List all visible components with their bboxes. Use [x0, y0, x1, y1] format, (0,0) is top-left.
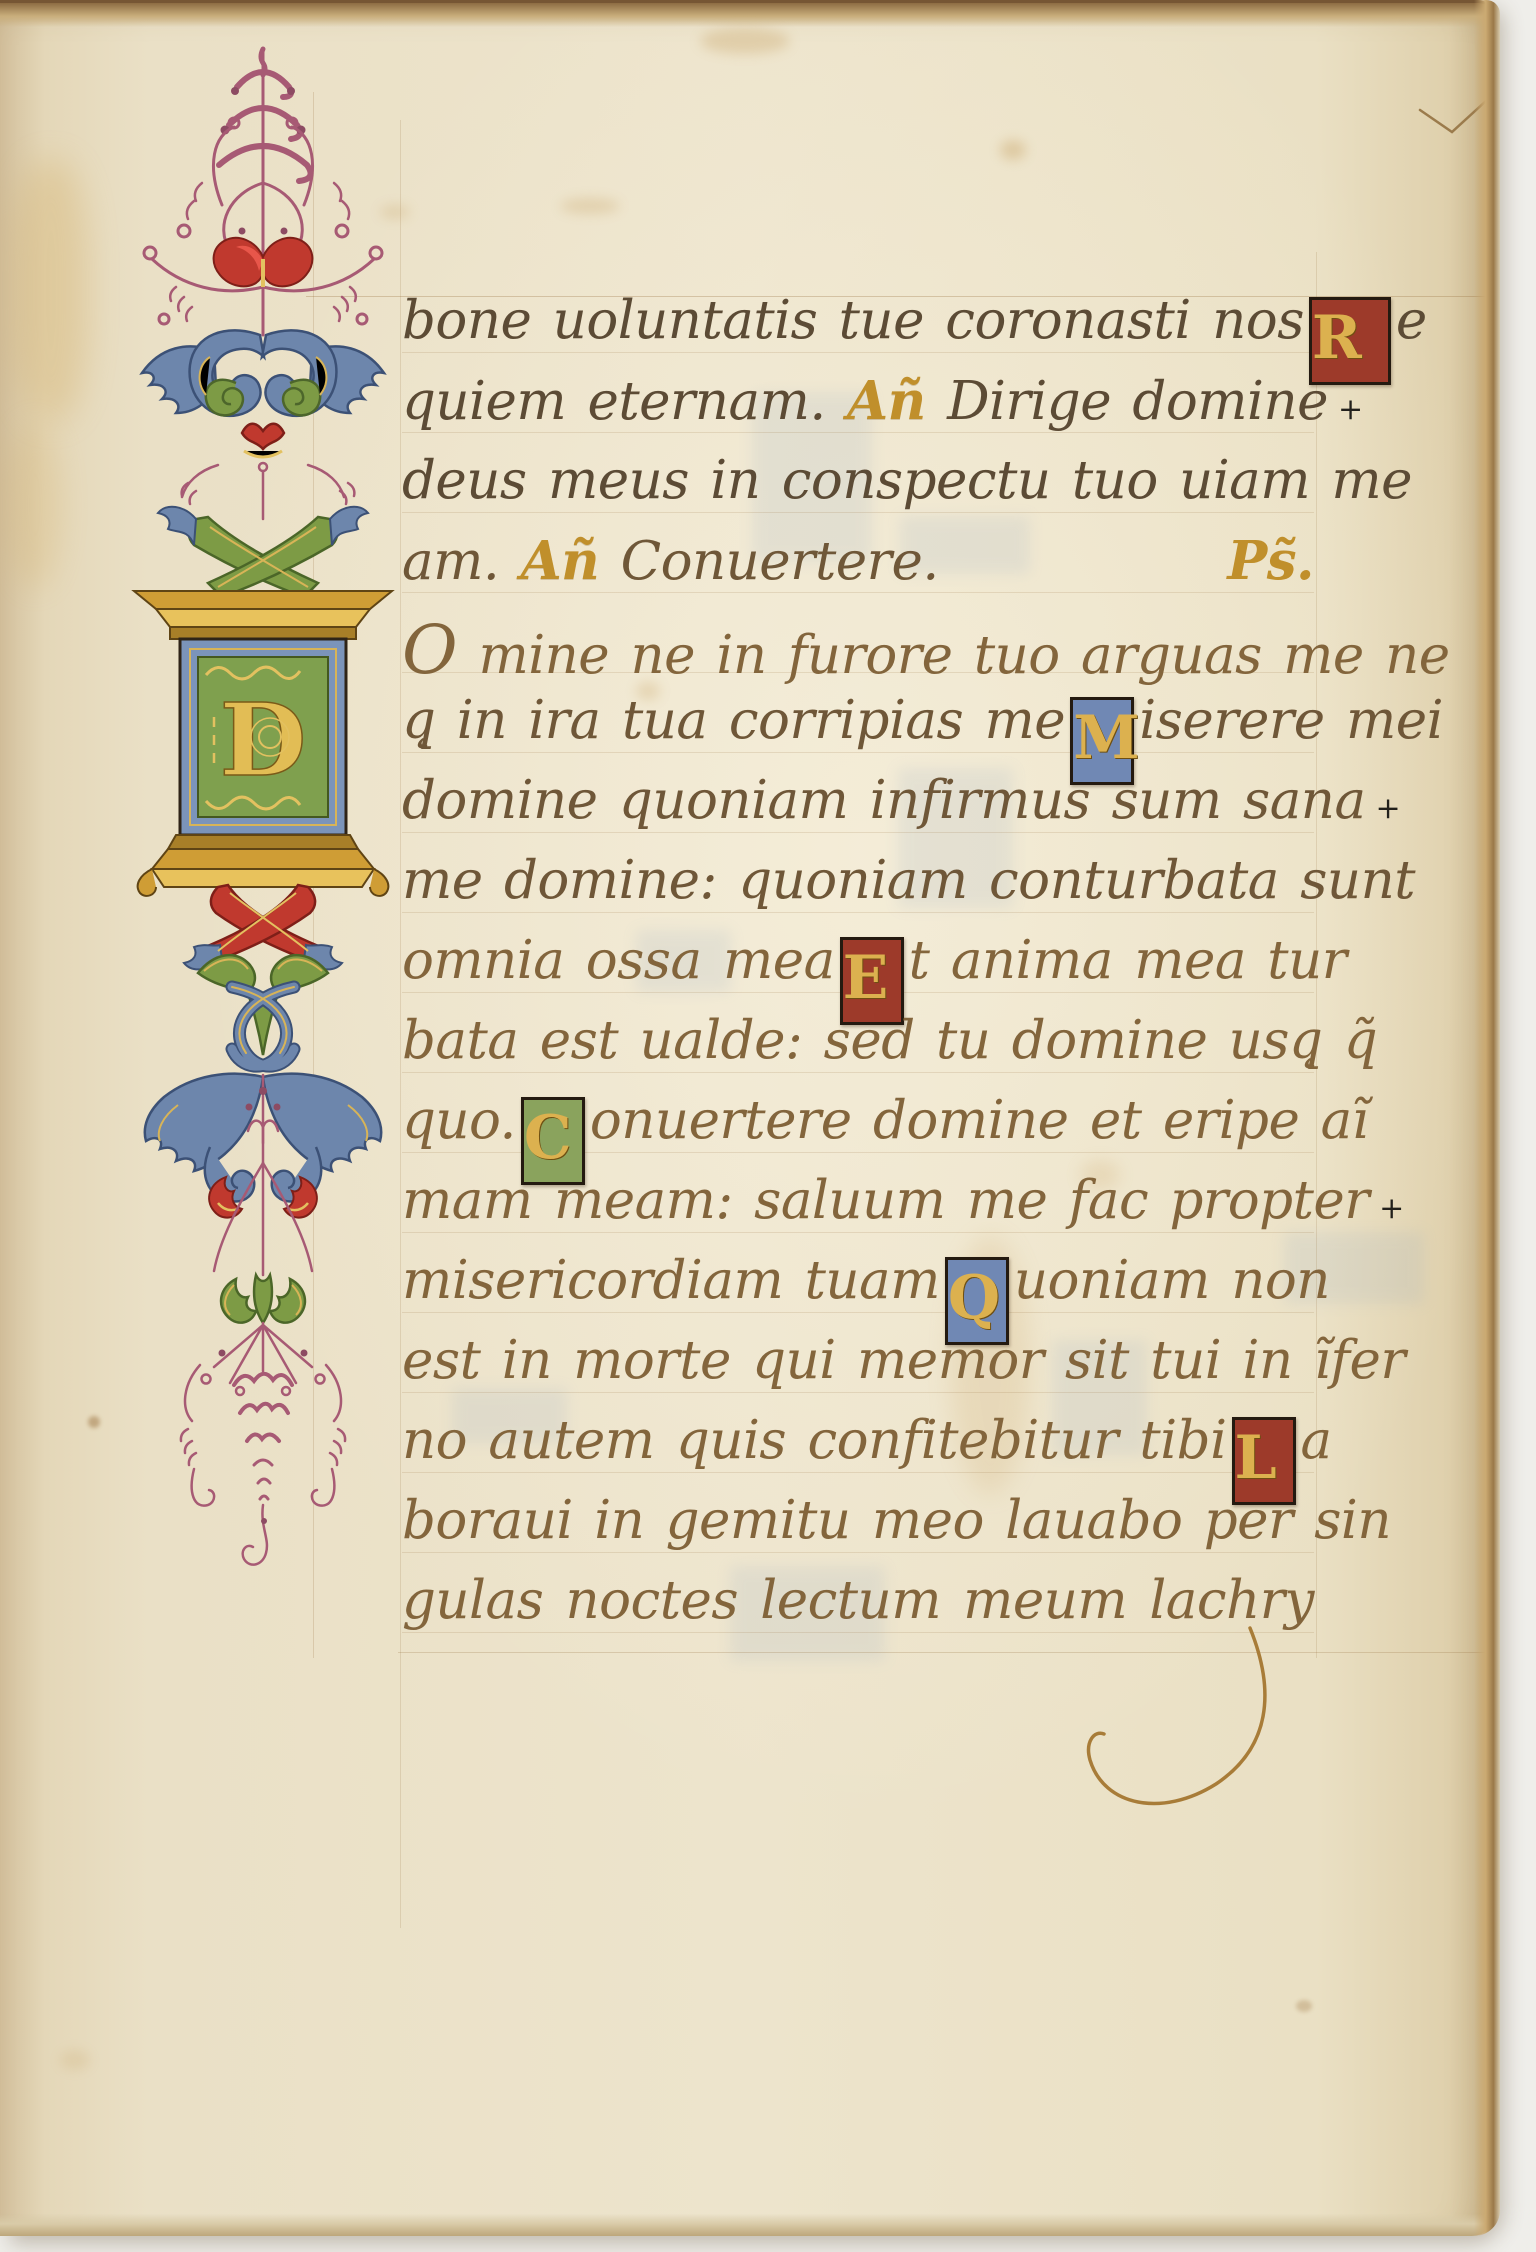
- stain: [1000, 140, 1026, 160]
- script-text: onuertere domine et eripe aĩ: [590, 1090, 1368, 1151]
- script-text: omnia ossa mea: [402, 930, 835, 991]
- line-text: gulas noctes lectum meum lachry: [402, 1570, 1314, 1631]
- line-text: am. Añ Conuertere.: [402, 530, 939, 592]
- line-text: quiem eternam. Añ Dirige domine: [402, 370, 1328, 432]
- manuscript-line: no autem quis confitebitur tibiLa: [402, 1410, 1314, 1490]
- line-filler-mark: +: [1369, 1191, 1404, 1226]
- manuscript-line: me domine: quoniam conturbata sunt: [402, 850, 1314, 930]
- page-bottom-edge: [0, 2214, 1494, 2236]
- green-cross-leaves: [158, 507, 368, 597]
- stain: [14, 160, 88, 420]
- script-text: me domine: quoniam conturbata sunt: [402, 850, 1415, 911]
- script-text: q̨ in ira tua corripias me: [402, 690, 1065, 751]
- manuscript-photo: { "page": { "description_label": "illumi…: [0, 0, 1536, 2252]
- script-text: quo.: [402, 1090, 516, 1151]
- script-text: domine quoniam infirmus sum sana: [402, 770, 1366, 831]
- manuscript-line: quiem eternam. Añ Dirige domine+: [402, 370, 1314, 450]
- line-text: boraui in gemitu meo lauabo per sin: [402, 1490, 1391, 1551]
- stain: [88, 1416, 100, 1428]
- manuscript-line: misericordiam tuamQuoniam non: [402, 1250, 1314, 1330]
- manuscript-line: bone uoluntatis tue coronasti nosRe: [402, 290, 1314, 370]
- line-flourish: [1089, 1628, 1265, 1804]
- script-text: quiem eternam.: [402, 371, 826, 432]
- gold-cornice-top: [134, 591, 392, 639]
- manuscript-line: gulas noctes lectum meum lachry: [402, 1570, 1314, 1650]
- manuscript-line: deus meus in conspectu tuo uiam me: [402, 450, 1314, 530]
- penwork-mid: [182, 463, 355, 519]
- script-text: bata est ualde: sed tu domine usq̨ q̃: [402, 1010, 1377, 1071]
- script-text: est in morte qui memor sit tui in ĩfer: [402, 1330, 1405, 1391]
- line-text: mam meam: saluum me fac propter: [402, 1170, 1369, 1231]
- line-text: domine quoniam infirmus sum sana: [402, 770, 1366, 831]
- line-text: bata est ualde: sed tu domine usq̨ q̃: [402, 1010, 1377, 1071]
- script-text: uoniam non: [1014, 1250, 1330, 1311]
- manuscript-line: bata est ualde: sed tu domine usq̨ q̃: [402, 1010, 1314, 1090]
- line-text: me domine: quoniam conturbata sunt: [402, 850, 1415, 911]
- script-text: iserere mei: [1139, 690, 1443, 751]
- red-cross-leaves: [184, 885, 342, 969]
- manuscript-line: est in morte qui memor sit tui in ĩfer: [402, 1330, 1314, 1410]
- script-text: am.: [402, 531, 499, 592]
- blue-acanthus-heart: [142, 330, 384, 457]
- ruling-line: [398, 1652, 1492, 1653]
- stain: [560, 198, 620, 214]
- page-top-edge: [0, 0, 1494, 27]
- script-text: mine ne in furore tuo arguas me ne: [478, 625, 1449, 686]
- manuscript-line: domine quoniam infirmus sum sana+: [402, 770, 1314, 850]
- script-text: bone uoluntatis tue coronasti nos: [402, 290, 1304, 351]
- manuscript-line: quo.Conuertere domine et eripe aĩ: [402, 1090, 1314, 1170]
- parchment-leaf: D: [0, 0, 1494, 2236]
- psalm-rubric: Ps̃.: [1207, 530, 1314, 592]
- line-filler-mark: +: [1366, 791, 1401, 826]
- script-text: Dirige domine: [947, 371, 1328, 432]
- manuscript-line: O mine ne in furore tuo arguas me ne: [402, 610, 1314, 690]
- line-text: est in morte qui memor sit tui in ĩfer: [402, 1330, 1405, 1391]
- line-filler-mark: +: [1328, 392, 1363, 427]
- script-text: Conuertere.: [621, 531, 939, 592]
- stain: [8, 420, 62, 590]
- script-text: boraui in gemitu meo lauabo per sin: [402, 1490, 1391, 1551]
- manuscript-line: mam meam: saluum me fac propter+: [402, 1170, 1314, 1250]
- script-text: a: [1301, 1410, 1332, 1471]
- rubric-gold: Añ: [847, 370, 926, 432]
- penwork-pendant: [181, 1323, 345, 1565]
- manuscript-line: boraui in gemitu meo lauabo per sin: [402, 1490, 1314, 1570]
- drop-cap-letter: D: [220, 681, 307, 799]
- manuscript-line: am. Añ Conuertere.Ps̃.: [402, 530, 1314, 610]
- script-text: deus meus in conspectu tuo uiam me: [402, 450, 1412, 511]
- gold-cornice-base: [138, 835, 389, 896]
- penwork-finial: [144, 49, 382, 335]
- versal-cap: O: [402, 610, 457, 689]
- script-text: mam meam: saluum me fac propter: [402, 1170, 1369, 1231]
- script-text: gulas noctes lectum meum lachry: [402, 1570, 1314, 1631]
- stain: [700, 28, 790, 54]
- manuscript-line: omnia ossa meaEt anima mea tur: [402, 930, 1314, 1010]
- manuscript-line: q̨ in ira tua corripias meMiserere mei: [402, 690, 1314, 770]
- script-text: e: [1396, 290, 1427, 351]
- script-text: no autem quis confitebitur tibi: [402, 1410, 1227, 1471]
- line-text: O mine ne in furore tuo arguas me ne: [402, 610, 1450, 689]
- drop-cap-panel: D: [180, 639, 346, 835]
- illuminated-border: D: [118, 35, 418, 1570]
- rubric-gold: Añ: [521, 530, 600, 592]
- text-block: bone uoluntatis tue coronasti nosRequiem…: [402, 290, 1314, 1650]
- green-trefoil: [221, 1275, 305, 1323]
- script-text: t anima mea tur: [909, 930, 1347, 991]
- script-text: misericordiam tuam: [402, 1250, 940, 1311]
- line-text: deus meus in conspectu tuo uiam me: [402, 450, 1412, 511]
- page-right-edge: [1474, 0, 1500, 2236]
- stain: [60, 2050, 90, 2070]
- stain: [1296, 2000, 1312, 2012]
